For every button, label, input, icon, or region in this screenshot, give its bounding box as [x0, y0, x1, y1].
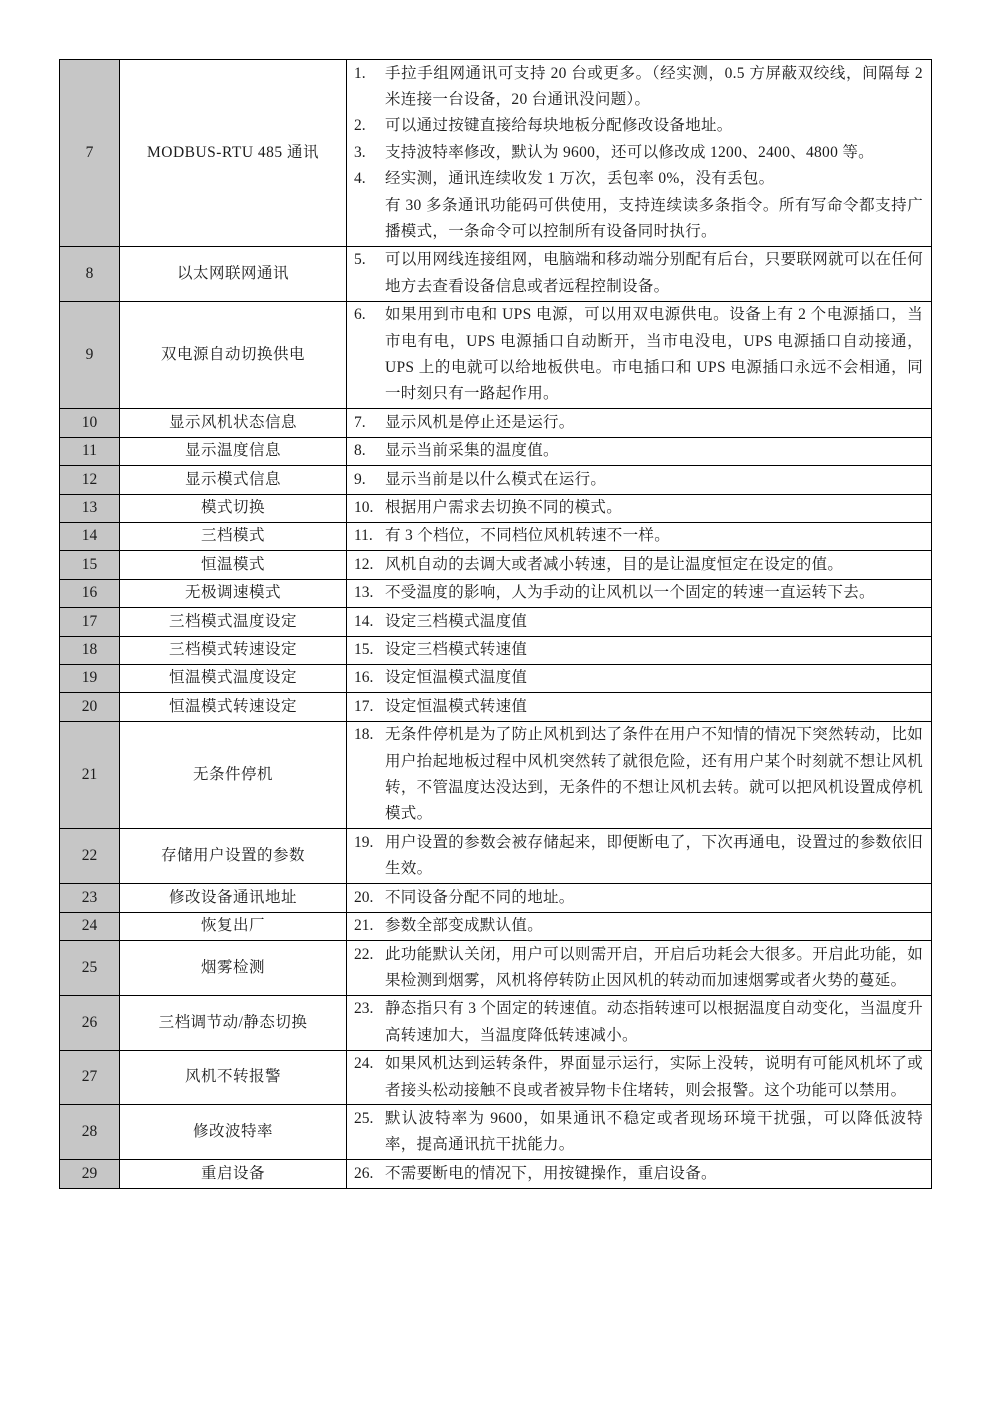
description-item: 7.显示风机是停止还是运行。: [354, 410, 923, 436]
description-item: 22.此功能默认关闭，用户可以则需开启，开启后功耗会大很多。开启此功能，如果检测…: [354, 942, 923, 995]
feature-name-cell: 三档模式: [120, 522, 347, 550]
row-number-cell: 15: [60, 551, 120, 579]
item-text: 显示风机是停止还是运行。: [385, 410, 923, 436]
feature-description-cell: 21.参数全部变成默认值。: [347, 912, 932, 940]
feature-description-cell: 14.设定三档模式温度值: [347, 608, 932, 636]
item-text: 手拉手组网通讯可支持 20 台或更多。（经实测，0.5 方屏蔽双绞线，间隔每 2…: [385, 61, 923, 114]
description-item: 11.有 3 个档位，不同档位风机转速不一样。: [354, 523, 923, 549]
table-row: 8 以太网联网通讯 5.可以用网线连接组网，电脑端和移动端分别配有后台，只要联网…: [60, 246, 932, 301]
item-text: 可以用网线连接组网，电脑端和移动端分别配有后台，只要联网就可以在任何地方去查看设…: [385, 247, 923, 300]
description-item: 19.用户设置的参数会被存储起来，即便断电了，下次再通电，设置过的参数依旧生效。: [354, 830, 923, 883]
table-row: 7 MODBUS-RTU 485 通讯 1.手拉手组网通讯可支持 20 台或更多…: [60, 60, 932, 247]
row-number-cell: 27: [60, 1050, 120, 1105]
feature-name-cell: 双电源自动切换供电: [120, 301, 347, 409]
row-number-cell: 23: [60, 884, 120, 912]
item-number: 7.: [354, 410, 385, 436]
feature-description-cell: 13.不受温度的影响，人为手动的让风机以一个固定的转速一直运转下去。: [347, 579, 932, 607]
table-row: 14 三档模式 11.有 3 个档位，不同档位风机转速不一样。: [60, 522, 932, 550]
feature-name-cell: 模式切换: [120, 494, 347, 522]
feature-name-cell: MODBUS-RTU 485 通讯: [120, 60, 347, 247]
item-text: 有 3 个档位，不同档位风机转速不一样。: [385, 523, 923, 549]
table-row: 28 修改波特率 25.默认波特率为 9600，如果通讯不稳定或者现场环境干扰强…: [60, 1105, 932, 1160]
item-text: 经实测，通讯连续收发 1 万次，丢包率 0%，没有丢包。: [385, 166, 923, 192]
feature-name-cell: 恒温模式转速设定: [120, 693, 347, 721]
description-item: 12.风机自动的去调大或者减小转速，目的是让温度恒定在设定的值。: [354, 552, 923, 578]
feature-name-cell: 以太网联网通讯: [120, 246, 347, 301]
description-item: 6.如果用到市电和 UPS 电源，可以用双电源供电。设备上有 2 个电源插口，当…: [354, 302, 923, 408]
description-item: 24.如果风机达到运转条件，界面显示运行，实际上没转，说明有可能风机坏了或者接头…: [354, 1051, 923, 1104]
item-number: 19.: [354, 830, 385, 856]
description-item: 1.手拉手组网通讯可支持 20 台或更多。（经实测，0.5 方屏蔽双绞线，间隔每…: [354, 61, 923, 114]
feature-description-cell: 24.如果风机达到运转条件，界面显示运行，实际上没转，说明有可能风机坏了或者接头…: [347, 1050, 932, 1105]
item-number: 13.: [354, 580, 385, 606]
table-row: 25 烟雾检测 22.此功能默认关闭，用户可以则需开启，开启后功耗会大很多。开启…: [60, 941, 932, 996]
item-number: 2.: [354, 113, 385, 139]
item-text: 可以通过按键直接给每块地板分配修改设备地址。: [385, 113, 923, 139]
item-text: 显示当前采集的温度值。: [385, 438, 923, 464]
description-item: 有 30 多条通讯功能码可供使用，支持连续读多条指令。所有写命令都支持广播模式，…: [354, 193, 923, 246]
item-text: 设定恒温模式转速值: [385, 694, 923, 720]
feature-description-cell: 6.如果用到市电和 UPS 电源，可以用双电源供电。设备上有 2 个电源插口，当…: [347, 301, 932, 409]
document-page: 7 MODBUS-RTU 485 通讯 1.手拉手组网通讯可支持 20 台或更多…: [0, 0, 992, 1403]
table-row: 19 恒温模式温度设定 16.设定恒温模式温度值: [60, 664, 932, 692]
row-number-cell: 25: [60, 941, 120, 996]
row-number-cell: 8: [60, 246, 120, 301]
description-item: 9.显示当前是以什么模式在运行。: [354, 467, 923, 493]
item-text: 用户设置的参数会被存储起来，即便断电了，下次再通电，设置过的参数依旧生效。: [385, 830, 923, 883]
feature-name-cell: 三档模式温度设定: [120, 608, 347, 636]
row-number-cell: 13: [60, 494, 120, 522]
feature-description-cell: 10.根据用户需求去切换不同的模式。: [347, 494, 932, 522]
feature-name-cell: 风机不转报警: [120, 1050, 347, 1105]
table-row: 24 恢复出厂 21.参数全部变成默认值。: [60, 912, 932, 940]
feature-description-cell: 26.不需要断电的情况下，用按键操作，重启设备。: [347, 1160, 932, 1188]
item-number: 6.: [354, 302, 385, 328]
item-number: 9.: [354, 467, 385, 493]
feature-name-cell: 显示模式信息: [120, 466, 347, 494]
item-number: 21.: [354, 913, 385, 939]
feature-description-cell: 1.手拉手组网通讯可支持 20 台或更多。（经实测，0.5 方屏蔽双绞线，间隔每…: [347, 60, 932, 247]
item-text: 根据用户需求去切换不同的模式。: [385, 495, 923, 521]
table-row: 16 无极调速模式 13.不受温度的影响，人为手动的让风机以一个固定的转速一直运…: [60, 579, 932, 607]
feature-name-cell: 存储用户设置的参数: [120, 829, 347, 884]
row-number-cell: 22: [60, 829, 120, 884]
item-number: 3.: [354, 140, 385, 166]
feature-description-cell: 12.风机自动的去调大或者减小转速，目的是让温度恒定在设定的值。: [347, 551, 932, 579]
row-number-cell: 12: [60, 466, 120, 494]
description-item: 25.默认波特率为 9600，如果通讯不稳定或者现场环境干扰强，可以降低波特率，…: [354, 1106, 923, 1159]
table-row: 13 模式切换 10.根据用户需求去切换不同的模式。: [60, 494, 932, 522]
table-row: 15 恒温模式 12.风机自动的去调大或者减小转速，目的是让温度恒定在设定的值。: [60, 551, 932, 579]
feature-description-cell: 15.设定三档模式转速值: [347, 636, 932, 664]
table-row: 22 存储用户设置的参数 19.用户设置的参数会被存储起来，即便断电了，下次再通…: [60, 829, 932, 884]
item-number: 16.: [354, 665, 385, 691]
table-row: 18 三档模式转速设定 15.设定三档模式转速值: [60, 636, 932, 664]
feature-name-cell: 烟雾检测: [120, 941, 347, 996]
row-number-cell: 26: [60, 995, 120, 1050]
item-text: 风机自动的去调大或者减小转速，目的是让温度恒定在设定的值。: [385, 552, 923, 578]
item-number: 20.: [354, 885, 385, 911]
item-text: 显示当前是以什么模式在运行。: [385, 467, 923, 493]
row-number-cell: 17: [60, 608, 120, 636]
feature-description-cell: 7.显示风机是停止还是运行。: [347, 409, 932, 437]
item-text: 静态指只有 3 个固定的转速值。动态指转速可以根据温度自动变化，当温度升高转速加…: [385, 996, 923, 1049]
table-row: 11 显示温度信息 8.显示当前采集的温度值。: [60, 437, 932, 465]
item-text: 此功能默认关闭，用户可以则需开启，开启后功耗会大很多。开启此功能，如果检测到烟雾…: [385, 942, 923, 995]
table-row: 27 风机不转报警 24.如果风机达到运转条件，界面显示运行，实际上没转，说明有…: [60, 1050, 932, 1105]
table-row: 21 无条件停机 18.无条件停机是为了防止风机到达了条件在用户不知情的情况下突…: [60, 721, 932, 829]
item-text: 不同设备分配不同的地址。: [385, 885, 923, 911]
item-number: 1.: [354, 61, 385, 87]
table-row: 20 恒温模式转速设定 17.设定恒温模式转速值: [60, 693, 932, 721]
item-number: 11.: [354, 523, 385, 549]
item-number: 4.: [354, 166, 385, 192]
item-text: 不需要断电的情况下，用按键操作，重启设备。: [385, 1161, 923, 1187]
feature-description-cell: 22.此功能默认关闭，用户可以则需开启，开启后功耗会大很多。开启此功能，如果检测…: [347, 941, 932, 996]
features-table-body: 7 MODBUS-RTU 485 通讯 1.手拉手组网通讯可支持 20 台或更多…: [60, 60, 932, 1189]
feature-description-cell: 8.显示当前采集的温度值。: [347, 437, 932, 465]
feature-description-cell: 25.默认波特率为 9600，如果通讯不稳定或者现场环境干扰强，可以降低波特率，…: [347, 1105, 932, 1160]
description-item: 15.设定三档模式转速值: [354, 637, 923, 663]
row-number-cell: 19: [60, 664, 120, 692]
description-item: 21.参数全部变成默认值。: [354, 913, 923, 939]
item-number: 24.: [354, 1051, 385, 1077]
row-number-cell: 9: [60, 301, 120, 409]
item-text: 有 30 多条通讯功能码可供使用，支持连续读多条指令。所有写命令都支持广播模式，…: [385, 193, 923, 246]
item-text: 设定三档模式温度值: [385, 609, 923, 635]
item-text: 无条件停机是为了防止风机到达了条件在用户不知情的情况下突然转动，比如用户抬起地板…: [385, 722, 923, 828]
feature-description-cell: 16.设定恒温模式温度值: [347, 664, 932, 692]
item-number: 22.: [354, 942, 385, 968]
item-number: 5.: [354, 247, 385, 273]
table-row: 26 三档调节动/静态切换 23.静态指只有 3 个固定的转速值。动态指转速可以…: [60, 995, 932, 1050]
description-item: 17.设定恒温模式转速值: [354, 694, 923, 720]
table-row: 12 显示模式信息 9.显示当前是以什么模式在运行。: [60, 466, 932, 494]
feature-description-cell: 20.不同设备分配不同的地址。: [347, 884, 932, 912]
feature-name-cell: 显示温度信息: [120, 437, 347, 465]
feature-name-cell: 无极调速模式: [120, 579, 347, 607]
row-number-cell: 7: [60, 60, 120, 247]
feature-description-cell: 23.静态指只有 3 个固定的转速值。动态指转速可以根据温度自动变化，当温度升高…: [347, 995, 932, 1050]
feature-name-cell: 修改设备通讯地址: [120, 884, 347, 912]
description-item: 8.显示当前采集的温度值。: [354, 438, 923, 464]
row-number-cell: 11: [60, 437, 120, 465]
row-number-cell: 18: [60, 636, 120, 664]
description-item: 26.不需要断电的情况下，用按键操作，重启设备。: [354, 1161, 923, 1187]
item-number: 8.: [354, 438, 385, 464]
table-row: 23 修改设备通讯地址 20.不同设备分配不同的地址。: [60, 884, 932, 912]
description-item: 23.静态指只有 3 个固定的转速值。动态指转速可以根据温度自动变化，当温度升高…: [354, 996, 923, 1049]
row-number-cell: 10: [60, 409, 120, 437]
feature-name-cell: 三档调节动/静态切换: [120, 995, 347, 1050]
item-text: 不受温度的影响，人为手动的让风机以一个固定的转速一直运转下去。: [385, 580, 923, 606]
item-number: 26.: [354, 1161, 385, 1187]
item-text: 设定恒温模式温度值: [385, 665, 923, 691]
item-text: 如果风机达到运转条件，界面显示运行，实际上没转，说明有可能风机坏了或者接头松动接…: [385, 1051, 923, 1104]
row-number-cell: 16: [60, 579, 120, 607]
features-table: 7 MODBUS-RTU 485 通讯 1.手拉手组网通讯可支持 20 台或更多…: [59, 59, 932, 1189]
description-item: 13.不受温度的影响，人为手动的让风机以一个固定的转速一直运转下去。: [354, 580, 923, 606]
feature-name-cell: 修改波特率: [120, 1105, 347, 1160]
description-item: 14.设定三档模式温度值: [354, 609, 923, 635]
row-number-cell: 14: [60, 522, 120, 550]
table-row: 10 显示风机状态信息 7.显示风机是停止还是运行。: [60, 409, 932, 437]
item-text: 如果用到市电和 UPS 电源，可以用双电源供电。设备上有 2 个电源插口，当市电…: [385, 302, 923, 408]
feature-name-cell: 显示风机状态信息: [120, 409, 347, 437]
item-number: 14.: [354, 609, 385, 635]
feature-name-cell: 三档模式转速设定: [120, 636, 347, 664]
table-row: 17 三档模式温度设定 14.设定三档模式温度值: [60, 608, 932, 636]
description-item: 18.无条件停机是为了防止风机到达了条件在用户不知情的情况下突然转动，比如用户抬…: [354, 722, 923, 828]
description-item: 4.经实测，通讯连续收发 1 万次，丢包率 0%，没有丢包。: [354, 166, 923, 192]
item-text: 默认波特率为 9600，如果通讯不稳定或者现场环境干扰强，可以降低波特率，提高通…: [385, 1106, 923, 1159]
feature-description-cell: 18.无条件停机是为了防止风机到达了条件在用户不知情的情况下突然转动，比如用户抬…: [347, 721, 932, 829]
description-item: 2.可以通过按键直接给每块地板分配修改设备地址。: [354, 113, 923, 139]
item-number: 10.: [354, 495, 385, 521]
item-text: 参数全部变成默认值。: [385, 913, 923, 939]
row-number-cell: 21: [60, 721, 120, 829]
feature-name-cell: 恒温模式温度设定: [120, 664, 347, 692]
row-number-cell: 24: [60, 912, 120, 940]
item-text: 支持波特率修改，默认为 9600，还可以修改成 1200、2400、4800 等…: [385, 140, 923, 166]
row-number-cell: 28: [60, 1105, 120, 1160]
table-row: 9 双电源自动切换供电 6.如果用到市电和 UPS 电源，可以用双电源供电。设备…: [60, 301, 932, 409]
feature-name-cell: 重启设备: [120, 1160, 347, 1188]
description-item: 10.根据用户需求去切换不同的模式。: [354, 495, 923, 521]
feature-description-cell: 11.有 3 个档位，不同档位风机转速不一样。: [347, 522, 932, 550]
description-item: 20.不同设备分配不同的地址。: [354, 885, 923, 911]
feature-name-cell: 无条件停机: [120, 721, 347, 829]
description-item: 16.设定恒温模式温度值: [354, 665, 923, 691]
description-item: 3.支持波特率修改，默认为 9600，还可以修改成 1200、2400、4800…: [354, 140, 923, 166]
table-row: 29 重启设备 26.不需要断电的情况下，用按键操作，重启设备。: [60, 1160, 932, 1188]
item-number: 12.: [354, 552, 385, 578]
feature-name-cell: 恒温模式: [120, 551, 347, 579]
item-number: 15.: [354, 637, 385, 663]
feature-description-cell: 17.设定恒温模式转速值: [347, 693, 932, 721]
feature-description-cell: 9.显示当前是以什么模式在运行。: [347, 466, 932, 494]
row-number-cell: 29: [60, 1160, 120, 1188]
feature-description-cell: 19.用户设置的参数会被存储起来，即便断电了，下次再通电，设置过的参数依旧生效。: [347, 829, 932, 884]
item-number: 17.: [354, 694, 385, 720]
item-text: 设定三档模式转速值: [385, 637, 923, 663]
feature-description-cell: 5.可以用网线连接组网，电脑端和移动端分别配有后台，只要联网就可以在任何地方去查…: [347, 246, 932, 301]
feature-name-cell: 恢复出厂: [120, 912, 347, 940]
item-number: 25.: [354, 1106, 385, 1132]
row-number-cell: 20: [60, 693, 120, 721]
description-item: 5.可以用网线连接组网，电脑端和移动端分别配有后台，只要联网就可以在任何地方去查…: [354, 247, 923, 300]
item-number: 23.: [354, 996, 385, 1022]
item-number: 18.: [354, 722, 385, 748]
